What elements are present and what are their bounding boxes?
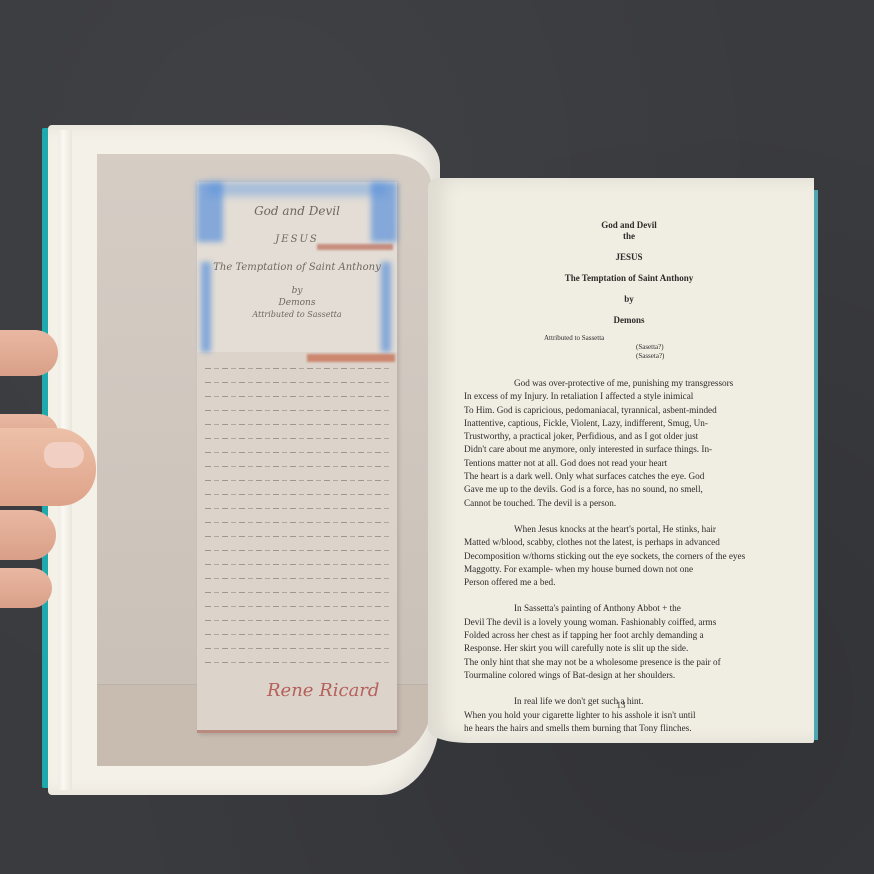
text-line: When Jesus knocks at the heart's portal,… — [464, 523, 794, 536]
title-line-4: The Temptation of Saint Anthony — [464, 273, 794, 284]
panel-title-jesus: JESUS — [197, 234, 397, 245]
body-text: God was over-protective of me, punishing… — [464, 377, 794, 735]
finger — [0, 510, 56, 560]
text-line: Maggotty. For example- when my house bur… — [464, 563, 794, 576]
text-line: When you hold your cigarette lighter to … — [464, 709, 794, 722]
text-line: Tourmaline colored wings of Bat-design a… — [464, 669, 794, 682]
text-line: Trustworthy, a practical joker, Perfidio… — [464, 430, 794, 443]
text-line: The heart is a dark well. Only what surf… — [464, 470, 794, 483]
text-line: Matted w/blood, scabby, clothes not the … — [464, 536, 794, 549]
title-line-6: Demons — [464, 315, 794, 326]
thumbnail — [44, 442, 84, 468]
text-line: To Him. God is capricious, pedomaniacal,… — [464, 404, 794, 417]
text-line: Inattentive, captious, Fickle, Violent, … — [464, 417, 794, 430]
finger — [0, 568, 52, 608]
panel-title-by: by — [197, 286, 397, 296]
attribution-line-3: (Sasseta?) — [636, 352, 794, 361]
hand-holding-book — [0, 330, 100, 610]
text-line: Decomposition w/thorns sticking out the … — [464, 550, 794, 563]
page-text: God and Devil the JESUS The Temptation o… — [464, 220, 794, 748]
title-line-5: by — [464, 294, 794, 305]
text-line: Person offered me a bed. — [464, 576, 794, 589]
panel-title-attribution: Attributed to Sassetta — [197, 310, 397, 319]
title-line-2: the — [464, 231, 794, 242]
attribution-line-1: Attributed to Sassetta — [544, 334, 794, 343]
title-line-1: God and Devil — [464, 220, 794, 231]
attribution-line-2: (Sasetta?) — [636, 343, 794, 352]
paragraph: When Jesus knocks at the heart's portal,… — [464, 523, 794, 589]
blue-paint-top — [207, 182, 387, 196]
text-line: Didn't care about me anymore, only inter… — [464, 443, 794, 456]
text-line: he hears the hairs and smells them burni… — [464, 722, 794, 735]
text-line: In Sassetta's painting of Anthony Abbot … — [464, 602, 794, 615]
paragraph: God was over-protective of me, punishing… — [464, 377, 794, 510]
attribution: Attributed to Sassetta (Sasetta?) (Sasse… — [464, 334, 794, 361]
text-line: Gave me up to the devils. God is a force… — [464, 483, 794, 496]
panel-title-demons: Demons — [197, 298, 397, 308]
text-line: In excess of my Injury. In retaliation I… — [464, 390, 794, 403]
finger — [0, 330, 58, 376]
handwritten-panel: God and Devil JESUS The Temptation of Sa… — [197, 182, 397, 733]
page-number: 13 — [428, 700, 814, 710]
text-line: Response. Her skirt you will carefully n… — [464, 642, 794, 655]
artist-signature: Rene Ricard — [267, 680, 379, 701]
paragraph: In Sassetta's painting of Anthony Abbot … — [464, 602, 794, 682]
text-line: Cannot be touched. The devil is a person… — [464, 497, 794, 510]
text-line: God was over-protective of me, punishing… — [464, 377, 794, 390]
title-line-3: JESUS — [464, 252, 794, 263]
text-line: Devil The devil is a lovely young woman.… — [464, 616, 794, 629]
red-paint-strip-lower — [307, 354, 395, 362]
artwork-photo: God and Devil JESUS The Temptation of Sa… — [97, 154, 431, 766]
right-page[interactable]: God and Devil the JESUS The Temptation o… — [428, 178, 814, 743]
thumb — [0, 428, 96, 506]
panel-title-temptation: The Temptation of Saint Anthony — [197, 262, 397, 273]
text-line: Folded across her chest as if tapping he… — [464, 629, 794, 642]
text-line: The only hint that she may not be a whol… — [464, 656, 794, 669]
handwritten-text-block — [205, 368, 389, 676]
text-line: Tentions matter not at all. God does not… — [464, 457, 794, 470]
panel-title-god-and-devil: God and Devil — [197, 204, 397, 218]
